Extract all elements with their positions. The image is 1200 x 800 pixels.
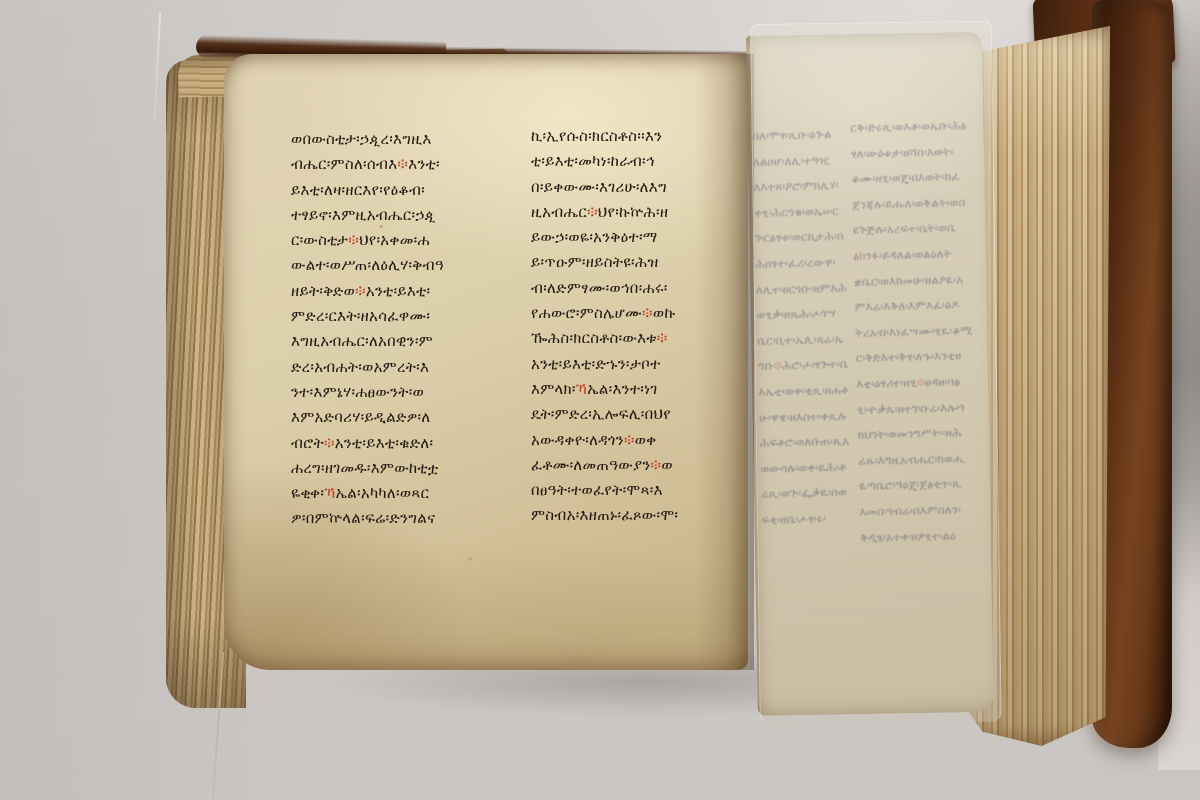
- left-page-column-2: ኪ፡ኢየሱስ፡ክርስቶስ፡፡እንቲ፡ይእቲ፡መካነ፡ከራብ፡ኅበ፡ይቀውሙ፡እገ…: [531, 124, 751, 538]
- rubric-segment: ኻ: [576, 380, 587, 398]
- text-segment: ብ፡ለድምፃሙ፡ወኅበ፡ሐሩ፡: [531, 279, 668, 297]
- text-segment: ቲ፡ይእቲ፡መካነ፡ከራብ፡ኅ: [531, 152, 655, 170]
- manuscript-photograph: በለ፡ሞፃ፡ጺቡ፡ዕጕልለልዐሆ፡ለሊ፡ተዓዢለእተጸ፡ዖሮ፡ምክሊሃ፡ቀፂ፡ሕ…: [0, 0, 1200, 800]
- text-segment: ዀሕስ፡ክርስቶስ፡ውእቱ: [531, 329, 657, 347]
- text-line: ኪ፡ኢየሱስ፡ክርስቶስ፡፡እን: [531, 124, 751, 149]
- text-line: ብ፡ለድምፃሙ፡ወኅበ፡ሐሩ፡: [531, 276, 751, 301]
- text-segment: ብሔር፡ምስለ፡ሰብእ: [291, 155, 397, 173]
- text-segment: ምስብአ፡እዘጠኑ፡ፈጾው፡ሞ፡: [531, 506, 678, 524]
- text-line: እግዚአብሔር፡ለአበዊን፡ም: [291, 329, 547, 354]
- text-line: ፈቶሙ፡ለመጠዓውያን፨ወ: [531, 453, 751, 478]
- text-segment: ኤል፡አካካለ፡ወጻር: [336, 484, 430, 502]
- rubric-segment: ፨: [642, 304, 653, 322]
- text-line: ምድረ፡ርእት፡ዘአሳፈዋሙ፡: [291, 304, 547, 329]
- text-line: ይ፡ጥዑም፡ዘይስትዩ፡ሕዝ: [531, 250, 751, 275]
- text-segment: ድረ፡አብሐት፡ወአምረት፡እ: [291, 358, 429, 376]
- text-segment: ሐረግ፡ዘገመዱ፡እምውከቲቷ: [291, 459, 438, 477]
- text-line: እምላክ፡ኻኤል፡እንተ፡ነገ: [531, 377, 751, 402]
- text-line: ይእቲ፡ለዛ፡ዘርእየ፡የዕቆብ፡: [291, 178, 547, 203]
- text-segment: ብሮት: [291, 434, 324, 452]
- text-line: እምአድባሪሃ፡ይዲልድዎ፡ለ: [291, 405, 547, 430]
- text-line: ንተ፡እምኔሃ፡ሐፀውንት፡ወ: [291, 380, 547, 405]
- left-page-column-1: ወበውስቲታ፡ኃዺረ፡እግዚእብሔር፡ምስለ፡ሰብእ፨እንቲ፡ይእቲ፡ለዛ፡ዘር…: [291, 127, 547, 537]
- text-line: ሐረግ፡ዘገመዱ፡እምውከቲቷ: [291, 456, 547, 481]
- text-line: ዴት፡ምድረ፡ኢሎፍሊ፡በህየ: [531, 402, 751, 427]
- text-segment: ር፡ውስቲታ: [291, 231, 348, 249]
- text-line: ዬቂቀ፡ኻኤል፡አካካለ፡ወጻር: [291, 481, 547, 506]
- text-segment: ዴት፡ምድረ፡ኢሎፍሊ፡በህየ: [531, 405, 671, 423]
- text-segment: ንተ፡እምኔሃ፡ሐፀውንት፡ወ: [291, 383, 424, 401]
- text-segment: ህየ፡አቀመ፡ሐ: [359, 231, 430, 249]
- text-segment: ውልተ፡ወሥጠ፡ለዕሊሃ፡ቅብዓ: [291, 256, 444, 274]
- text-line: ድረ፡አብሐት፡ወአምረት፡እ: [291, 355, 547, 380]
- rubric-segment: ፨: [651, 456, 662, 474]
- text-segment: ምድረ፡ርእት፡ዘአሳፈዋሙ፡: [291, 307, 430, 325]
- text-segment: ህየ፡ኩኵሕ፡ዘ: [598, 203, 669, 221]
- text-segment: የሐውሮ፡ምስሌሆሙ: [531, 304, 642, 322]
- text-segment: ይእቲ፡ለዛ፡ዘርእየ፡የዕቆብ፡: [291, 181, 425, 199]
- text-segment: ዘይት፡ቅድወ: [291, 282, 355, 300]
- text-segment: በ፡ይቀውሙ፡እገሪሁ፡ለእግ: [531, 178, 667, 196]
- text-segment: እንቲ፡: [408, 155, 440, 173]
- text-segment: ይውኃ፡ወዬ፡አንቅዕተ፡ማ: [531, 228, 658, 246]
- text-segment: እግዚአብሔር፡ለአበዊን፡ም: [291, 332, 433, 350]
- text-segment: ወኩ: [653, 304, 676, 322]
- text-line: ዀሕስ፡ክርስቶስ፡ውእቱ፨: [531, 326, 751, 351]
- rubric-segment: ፨: [397, 155, 408, 173]
- rubric-segment: ኻ: [324, 484, 335, 502]
- text-line: ይውኃ፡ወዬ፡አንቅዕተ፡ማ: [531, 225, 751, 250]
- text-line: ቲ፡ይእቲ፡መካነ፡ከራብ፡ኅ: [531, 149, 751, 174]
- text-segment: ኤል፡እንተ፡ነገ: [587, 380, 657, 398]
- text-segment: ወበውስቲታ፡ኃዺረ፡እግዚእ: [291, 130, 432, 148]
- text-segment: ተፃይኖ፡እምዚአብሔር፡ኃዺ: [291, 206, 436, 224]
- rubric-segment: ፨: [355, 282, 366, 300]
- rubric-segment: ፨: [657, 329, 668, 347]
- text-line: አውዳቀዮ፡ለዳጎን፨ወቀ: [531, 428, 751, 453]
- text-segment: ዚአብሔር: [531, 203, 587, 221]
- text-line: ተፃይኖ፡እምዚአብሔር፡ኃዺ: [291, 203, 547, 228]
- text-segment: እምላክ፡: [531, 380, 576, 398]
- rubric-segment: ፨: [587, 203, 598, 221]
- text-segment: ዬቂቀ፡: [291, 484, 324, 502]
- text-segment: ወቀ: [635, 431, 657, 449]
- text-line: ዎ፡በምኵላል፡ፍሬ፡ድንግልና: [291, 506, 547, 531]
- text-segment: ወ: [661, 456, 672, 474]
- text-line: በ፡ይቀውሙ፡እገሪሁ፡ለእግ: [531, 175, 751, 200]
- text-segment: በፀዓት፡ተወፈየት፡ሞጻ፡እ: [531, 481, 663, 499]
- rubric-segment: ፨: [624, 431, 635, 449]
- text-line: ብሮት፨አንቲ፡ይእቲ፡ቁድለ፡: [291, 431, 547, 456]
- text-line: አንቲ፡ይእቲ፡ድኁን፡ታቦተ: [531, 352, 751, 377]
- text-segment: ኪ፡ኢየሱስ፡ክርስቶስ፡፡እን: [531, 127, 662, 145]
- text-line: ዚአብሔር፨ህየ፡ኩኵሕ፡ዘ: [531, 200, 751, 225]
- text-line: ር፡ውስቲታ፨ህየ፡አቀመ፡ሐ: [291, 228, 547, 253]
- text-line: ብሔር፡ምስለ፡ሰብእ፨እንቲ፡: [291, 152, 547, 177]
- text-segment: ዎ፡በምኵላል፡ፍሬ፡ድንግልና: [291, 509, 435, 527]
- text-line: የሐውሮ፡ምስሌሆሙ፨ወኩ: [531, 301, 751, 326]
- rubric-segment: ፨: [324, 434, 335, 452]
- text-segment: አንቲ፡ይእቲ፡ድኁን፡ታቦተ: [531, 355, 661, 373]
- rubric-segment: ፨: [348, 231, 359, 249]
- text-segment: አውዳቀዮ፡ለዳጎን: [531, 431, 624, 449]
- guard-tissue-overlay: [750, 21, 1002, 725]
- text-line: ወበውስቲታ፡ኃዺረ፡እግዚእ: [291, 127, 547, 152]
- text-segment: አንቲ፡ይእቲ፡ቁድለ፡: [335, 434, 434, 452]
- text-line: በፀዓት፡ተወፈየት፡ሞጻ፡እ: [531, 478, 751, 503]
- text-segment: ፈቶሙ፡ለመጠዓውያን: [531, 456, 651, 474]
- text-segment: አንቲ፡ይእቲ፡: [366, 282, 431, 300]
- text-line: ምስብአ፡እዘጠኑ፡ፈጾው፡ሞ፡: [531, 503, 751, 528]
- text-segment: እምአድባሪሃ፡ይዲልድዎ፡ለ: [291, 408, 430, 426]
- text-line: ዘይት፡ቅድወ፨አንቲ፡ይእቲ፡: [291, 279, 547, 304]
- text-segment: ይ፡ጥዑም፡ዘይስትዩ፡ሕዝ: [531, 253, 659, 271]
- text-line: ውልተ፡ወሥጠ፡ለዕሊሃ፡ቅብዓ: [291, 253, 547, 278]
